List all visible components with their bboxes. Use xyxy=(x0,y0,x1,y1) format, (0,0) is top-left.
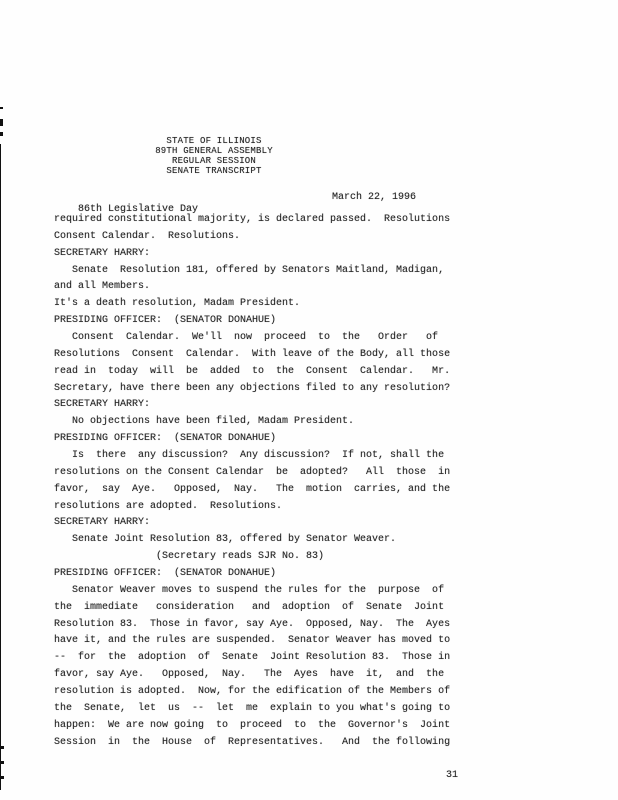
transcript-line: Consent Calendar. We'll now proceed to t… xyxy=(54,330,464,347)
transcript-line: -- for the adoption of Senate Joint Reso… xyxy=(54,650,464,667)
transcript-line: PRESIDING OFFICER: (SENATOR DONAHUE) xyxy=(54,313,464,330)
transcript-line: resolutions are adopted. Resolutions. xyxy=(54,499,464,516)
transcript-line: and all Members. xyxy=(54,279,464,296)
scan-artifact-dash xyxy=(0,107,3,109)
transcript-line: happen: We are now going to proceed to t… xyxy=(54,718,464,735)
transcript-line: SECRETARY HARRY: xyxy=(54,515,464,532)
scanned-transcript-page: STATE OF ILLINOIS89TH GENERAL ASSEMBLYRE… xyxy=(0,0,618,800)
document-header: STATE OF ILLINOIS89TH GENERAL ASSEMBLYRE… xyxy=(63,136,365,176)
header-line: SENATE TRANSCRIPT xyxy=(63,166,365,176)
day-date-row: 86th Legislative Day March 22, 1996 xyxy=(54,192,554,204)
transcript-line: Senator Weaver moves to suspend the rule… xyxy=(54,583,464,600)
transcript-line: PRESIDING OFFICER: (SENATOR DONAHUE) xyxy=(54,431,464,448)
transcript-line: (Secretary reads SJR No. 83) xyxy=(54,549,464,566)
scan-artifact-vertical-line xyxy=(0,144,1,790)
scan-artifact-dash xyxy=(0,132,3,136)
transcript-line: required constitutional majority, is dec… xyxy=(54,212,464,229)
header-line: STATE OF ILLINOIS xyxy=(63,136,365,146)
page-number: 31 xyxy=(446,770,458,782)
scan-artifact-dash xyxy=(0,761,4,764)
transcript-line: Resolutions Consent Calendar. With leave… xyxy=(54,347,464,364)
transcript-line: the immediate consideration and adoption… xyxy=(54,600,464,617)
transcript-line: Session in the House of Representatives.… xyxy=(54,735,464,752)
transcript-line: Resolution 83. Those in favor, say Aye. … xyxy=(54,617,464,634)
transcript-line: read in today will be added to the Conse… xyxy=(54,364,464,381)
transcript-line: favor, say Aye. Opposed, Nay. The Ayes h… xyxy=(54,667,464,684)
transcript-line: SECRETARY HARRY: xyxy=(54,246,464,263)
transcript-line: resolutions on the Consent Calendar be a… xyxy=(54,465,464,482)
scan-artifact-dash xyxy=(0,746,4,749)
transcript-line: PRESIDING OFFICER: (SENATOR DONAHUE) xyxy=(54,566,464,583)
transcript-line: have it, and the rules are suspended. Se… xyxy=(54,633,464,650)
session-date: March 22, 1996 xyxy=(332,192,416,204)
transcript-line: No objections have been filed, Madam Pre… xyxy=(54,414,464,431)
transcript-line: It's a death resolution, Madam President… xyxy=(54,296,464,313)
transcript-line: Senate Joint Resolution 83, offered by S… xyxy=(54,532,464,549)
transcript-line: favor, say Aye. Opposed, Nay. The motion… xyxy=(54,482,464,499)
transcript-line: Secretary, have there been any objection… xyxy=(54,381,464,398)
transcript-line: the Senate, let us -- let me explain to … xyxy=(54,701,464,718)
scan-artifact-dash xyxy=(0,776,4,779)
transcript-body: required constitutional majority, is dec… xyxy=(54,212,464,752)
transcript-line: Is there any discussion? Any discussion?… xyxy=(54,448,464,465)
header-line: 89TH GENERAL ASSEMBLY xyxy=(63,146,365,156)
transcript-line: Consent Calendar. Resolutions. xyxy=(54,229,464,246)
scan-artifact-dash xyxy=(0,119,3,126)
transcript-line: resolution is adopted. Now, for the edif… xyxy=(54,684,464,701)
header-line: REGULAR SESSION xyxy=(63,156,365,166)
transcript-line: SECRETARY HARRY: xyxy=(54,397,464,414)
transcript-line: Senate Resolution 181, offered by Senato… xyxy=(54,263,464,280)
